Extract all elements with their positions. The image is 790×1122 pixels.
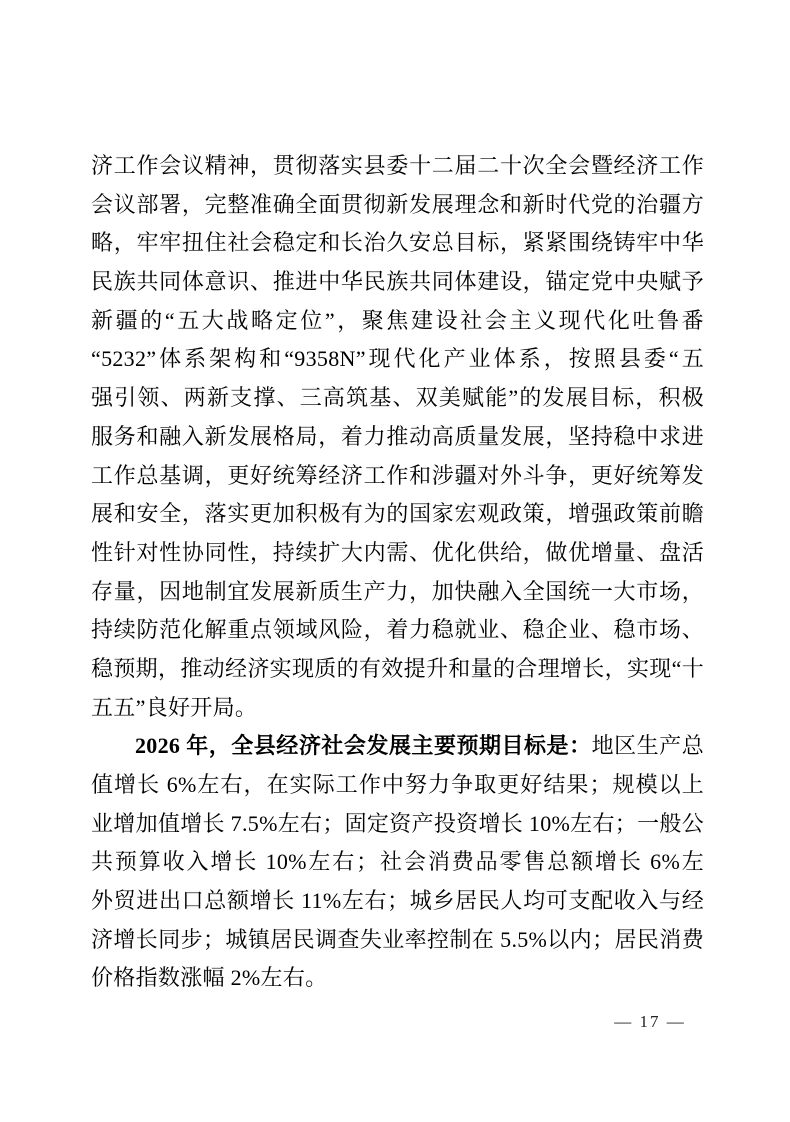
lead-rest-text: 地区生产总 <box>592 733 704 758</box>
text-line: 存量，因地制宜发展新质生产力，加快融入全国统一大市场， <box>91 573 704 612</box>
text-line: 强引领、两新支撑、三高筑基、双美赋能”的发展目标，积极 <box>91 379 704 418</box>
text-line: 济增长同步；城镇居民调查失业率控制在 5.5%以内；居民消费 <box>91 921 704 960</box>
document-body: 济工作会议精神，贯彻落实县委十二届二十次全会暨经济工作 会议部署，完整准确全面贯… <box>91 147 704 998</box>
text-line: 外贸进出口总额增长 11%左右；城乡居民人均可支配收入与经 <box>91 882 704 921</box>
text-line: 值增长 6%左右，在实际工作中努力争取更好结果；规模以上工 <box>91 766 704 805</box>
text-line: 业增加值增长 7.5%左右；固定资产投资增长 10%左右；一般公 <box>91 805 704 844</box>
text-line: 服务和融入新发展格局，着力推动高质量发展，坚持稳中求进 <box>91 418 704 457</box>
text-line: 工作总基调，更好统筹经济工作和涉疆对外斗争，更好统筹发 <box>91 457 704 496</box>
text-line: “5232”体系架构和“9358N”现代化产业体系，按照县委“五 <box>91 340 704 379</box>
text-line: 展和安全，落实更加积极有为的国家宏观政策，增强政策前瞻 <box>91 495 704 534</box>
text-line: 略，牢牢扭住社会稳定和长治久安总目标，紧紧围绕铸牢中华 <box>91 224 704 263</box>
text-line: 稳预期，推动经济实现质的有效提升和量的合理增长，实现“十 <box>91 650 704 689</box>
bold-lead-text: 2026 年，全县经济社会发展主要预期目标是： <box>135 733 592 758</box>
text-line: 共预算收入增长 10%左右；社会消费品零售总额增长 6%左右； <box>91 843 704 882</box>
document-page: 济工作会议精神，贯彻落实县委十二届二十次全会暨经济工作 会议部署，完整准确全面贯… <box>0 0 790 1122</box>
text-line: 五五”良好开局。 <box>91 689 704 728</box>
text-line: 性针对性协同性，持续扩大内需、优化供给，做优增量、盘活 <box>91 534 704 573</box>
text-line: 民族共同体意识、推进中华民族共同体建设，锚定党中央赋予 <box>91 263 704 302</box>
text-line: 价格指数涨幅 2%左右。 <box>91 959 704 998</box>
text-line: 会议部署，完整准确全面贯彻新发展理念和新时代党的治疆方 <box>91 186 704 225</box>
text-line: 济工作会议精神，贯彻落实县委十二届二十次全会暨经济工作 <box>91 147 704 186</box>
text-line-paragraph-start: 2026 年，全县经济社会发展主要预期目标是：地区生产总 <box>91 727 704 766</box>
page-number: — 17 — <box>600 1008 700 1036</box>
text-line: 新疆的“五大战略定位”，聚焦建设社会主义现代化吐鲁番 <box>91 302 704 341</box>
text-line: 持续防范化解重点领域风险，着力稳就业、稳企业、稳市场、 <box>91 611 704 650</box>
